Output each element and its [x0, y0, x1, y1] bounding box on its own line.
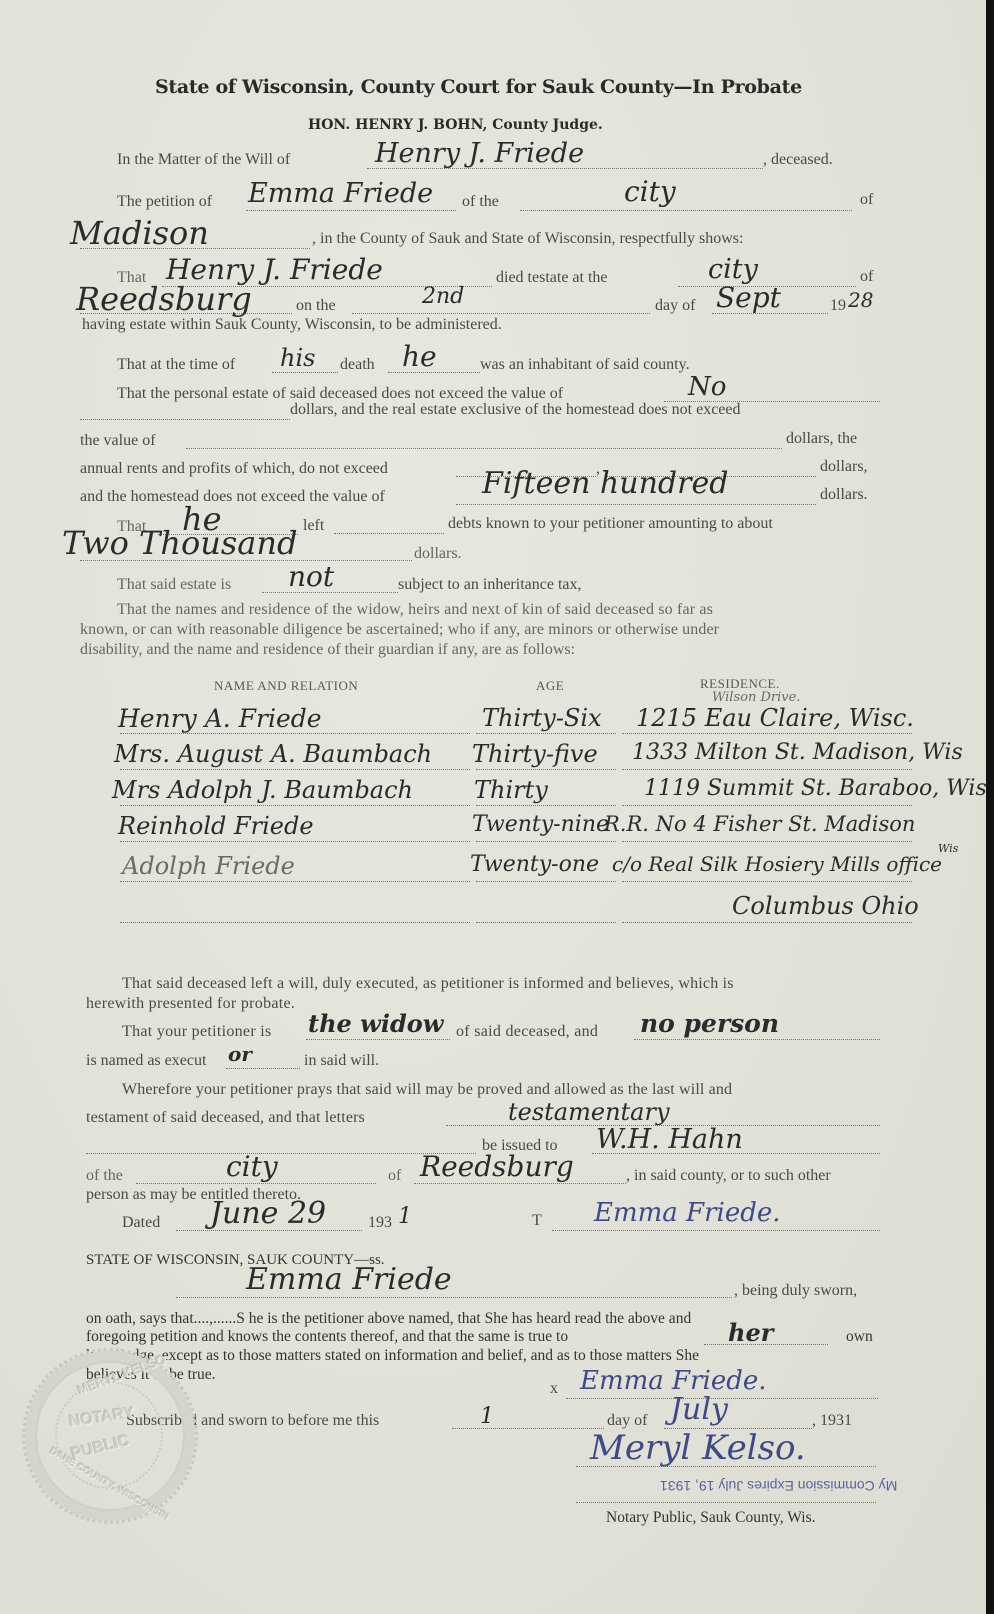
his-field	[272, 372, 338, 373]
column-header-name: NAME AND RELATION	[214, 678, 358, 694]
notary-title-field	[576, 1502, 876, 1503]
death-year-value: 28	[848, 288, 873, 312]
petition-label: The petition of	[117, 193, 212, 211]
homestead-value: Fifteen hundred	[482, 466, 728, 501]
heir-residence: 1119 Summit St. Baraboo, Wis	[644, 776, 987, 801]
heir-residence: 1333 Milton St. Madison, Wis	[632, 740, 963, 765]
annual-rents-label: annual rents and profits of which, do no…	[80, 460, 388, 478]
personal-estate-field-2	[80, 419, 290, 420]
wherefore-text: Wherefore your petitioner prays that sai…	[122, 1081, 732, 1099]
of-the-label: of the	[462, 193, 499, 211]
heir-age: Thirty-five	[472, 740, 598, 768]
signature-mark: T	[532, 1212, 542, 1230]
affiant-value: Emma Friede	[246, 1262, 452, 1297]
dollars-period-label: dollars.	[820, 486, 868, 504]
of-label: of	[860, 191, 873, 209]
heir-name: Mrs. August A. Baumbach	[114, 740, 432, 768]
residence-field	[622, 769, 912, 770]
oath-line-1: on oath, says that....,......S he is the…	[86, 1310, 691, 1328]
heir-residence-line-2: Columbus Ohio	[732, 892, 919, 920]
real-estate-field	[186, 448, 782, 449]
petitioner-signature: Emma Friede.	[594, 1198, 781, 1228]
petitioner-name-field	[246, 210, 456, 211]
age-field	[476, 733, 616, 734]
pronoun-value: her	[728, 1318, 773, 1347]
of-label-3: of	[388, 1167, 401, 1185]
letters-field-2	[86, 1153, 476, 1154]
deceased-suffix: , deceased.	[763, 151, 833, 169]
age-field	[476, 841, 616, 842]
of-label-2: of	[860, 268, 873, 286]
heir-age: Twenty-nine	[472, 812, 609, 837]
tax-suffix: subject to an inheritance tax,	[398, 576, 581, 594]
oath-line-2b: own	[846, 1328, 873, 1346]
debts-dollars-label: dollars.	[414, 545, 462, 563]
heir-age: Thirty-Six	[482, 704, 602, 732]
death-month-value: Sept	[716, 281, 781, 314]
time-of-label: That at the time of	[117, 356, 235, 374]
tax-value: not	[288, 560, 334, 593]
executor-value: no person	[640, 1009, 779, 1038]
probate-petition-page: State of Wisconsin, County Court for Sau…	[0, 0, 986, 1614]
age-field	[476, 922, 616, 923]
letters-value: testamentary	[508, 1098, 670, 1126]
debts-known-text: debts known to your petitioner amounting…	[448, 515, 773, 533]
subscribed-year: , 1931	[812, 1412, 852, 1430]
commission-stamp: My Commission Expires July 19, 1931	[660, 1478, 897, 1494]
on-the-label: on the	[296, 297, 336, 315]
of-the-label-2: of the	[86, 1167, 123, 1185]
name-field	[120, 841, 470, 842]
relation-value: the widow	[308, 1009, 443, 1038]
document-title: State of Wisconsin, County Court for Sau…	[155, 76, 802, 98]
death-day-field	[352, 313, 650, 314]
dated-value: June 29	[210, 1196, 326, 1231]
issued-city-field	[414, 1183, 626, 1184]
heir-name: Reinhold Friede	[118, 812, 314, 840]
deceased-name-value: Henry J. Friede	[375, 138, 584, 169]
issued-city-value: Reedsburg	[420, 1150, 574, 1183]
heir-name: Henry A. Friede	[118, 704, 322, 733]
dollars-comma-label: dollars,	[820, 458, 868, 476]
heir-residence-note: Wilson Drive.	[712, 690, 800, 705]
notary-title: Notary Public, Sauk County, Wis.	[606, 1509, 816, 1527]
subscribed-day-value: 1	[480, 1404, 494, 1429]
residence-field	[622, 922, 912, 923]
petitioner-name-value: Emma Friede	[248, 178, 433, 209]
subscribed-day-field	[452, 1428, 604, 1429]
death-word: death	[340, 356, 375, 374]
affiant-field	[176, 1297, 732, 1298]
residence-field	[622, 881, 912, 882]
issued-to-value: W.H. Hahn	[596, 1124, 743, 1155]
will-para-line-2: herewith presented for probate.	[86, 995, 295, 1013]
relation-field	[306, 1039, 450, 1040]
being-duly-sworn: , being duly sworn,	[734, 1282, 857, 1300]
having-estate-text: having estate within Sauk County, Wiscon…	[82, 316, 502, 334]
the-value-of-label: the value of	[80, 432, 156, 450]
heirs-para-line-3: disability, and the name and residence o…	[80, 641, 575, 659]
inhabitant-text: was an inhabitant of said county.	[480, 356, 690, 374]
name-field	[120, 733, 470, 734]
executor-field	[634, 1039, 880, 1040]
age-field	[476, 805, 616, 806]
left-field	[334, 533, 444, 534]
age-field	[476, 769, 616, 770]
petitioner-is-label: That your petitioner is	[122, 1023, 272, 1041]
he-value: he	[402, 340, 437, 373]
heir-name: Adolph Friede	[122, 852, 295, 880]
heirs-para-line-2: known, or can with reasonable diligence …	[80, 621, 719, 639]
his-value: his	[280, 344, 315, 372]
heir-residence: 1215 Eau Claire, Wisc.	[636, 704, 914, 732]
year-prefix: 19	[830, 297, 846, 315]
issued-municipality-value: city	[226, 1150, 278, 1183]
named-as-execut-label: is named as execut	[86, 1052, 206, 1070]
county-line: , in the County of Sauk and State of Wis…	[312, 230, 743, 248]
residence-field	[622, 733, 912, 734]
name-field	[120, 922, 470, 923]
petitioner-municipality-value: city	[624, 175, 676, 208]
heirs-para-line-1: That the names and residence of the wido…	[117, 601, 713, 619]
petitioner-municipality-field	[520, 210, 852, 211]
dated-year-value: 1	[398, 1204, 412, 1229]
in-said-will-label: in said will.	[304, 1052, 379, 1070]
heir-residence: R.R. No 4 Fisher St. Madison	[604, 812, 915, 836]
subscribed-month-value: July	[670, 1392, 728, 1427]
execut-suffix-value: or	[228, 1042, 252, 1066]
name-field	[120, 805, 470, 806]
name-field	[120, 881, 470, 882]
in-said-county-text: , in said county, or to such other	[626, 1167, 831, 1185]
heir-age: Thirty	[474, 776, 548, 804]
heir-residence: c/o Real Silk Hosiery Mills office	[612, 852, 942, 876]
homestead-field	[456, 504, 816, 505]
matter-label: In the Matter of the Will of	[117, 151, 290, 169]
will-para-line-1: That said deceased left a will, duly exe…	[122, 975, 734, 993]
petitioner-city-value: Madison	[70, 214, 209, 252]
residence-field	[622, 841, 912, 842]
execut-suffix-field	[226, 1068, 300, 1069]
seal-inner-ring	[55, 1381, 163, 1489]
oath-line-2a: foregoing petition and knows the content…	[86, 1328, 568, 1346]
issued-municipality-field	[136, 1183, 376, 1184]
homestead-label: and the homestead does not exceed the va…	[80, 488, 385, 506]
judge-line: HON. HENRY J. BOHN, County Judge.	[308, 117, 603, 133]
left-label: left	[303, 517, 324, 535]
name-field	[120, 769, 470, 770]
scan-border	[986, 0, 994, 1614]
real-estate-text: dollars, and the real estate exclusive o…	[290, 401, 741, 419]
notary-signature: Meryl Kelso.	[590, 1428, 806, 1468]
residence-field	[622, 805, 912, 806]
age-field	[476, 881, 616, 882]
petitioner-signature-field	[552, 1230, 880, 1231]
death-city-value: Reedsburg	[76, 280, 252, 318]
oath-signature-mark: x	[550, 1380, 558, 1398]
of-said-deceased-label: of said deceased, and	[456, 1023, 598, 1041]
personal-estate-value: No	[688, 372, 726, 402]
testament-label: testament of said deceased, and that let…	[86, 1109, 365, 1127]
dated-label: Dated	[122, 1214, 160, 1232]
death-day-value: 2nd	[422, 284, 464, 309]
notary-seal-emboss: MERYL KELSO NOTARY PUBLIC DANE COUNTY, W…	[22, 1348, 198, 1524]
dollars-the-label: dollars, the	[786, 430, 857, 448]
tax-label: That said estate is	[117, 576, 231, 594]
heir-age: Twenty-one	[470, 852, 599, 877]
dated-year-prefix: 193	[368, 1214, 392, 1232]
day-of-label: day of	[655, 297, 695, 315]
column-header-age: AGE	[536, 678, 564, 694]
oath-line-3: knowledge, except as to those matters st…	[86, 1347, 699, 1365]
heir-name: Mrs Adolph J. Baumbach	[112, 776, 413, 804]
died-testate-label: died testate at the	[496, 269, 608, 287]
debts-amount-value: Two Thousand	[62, 524, 297, 562]
